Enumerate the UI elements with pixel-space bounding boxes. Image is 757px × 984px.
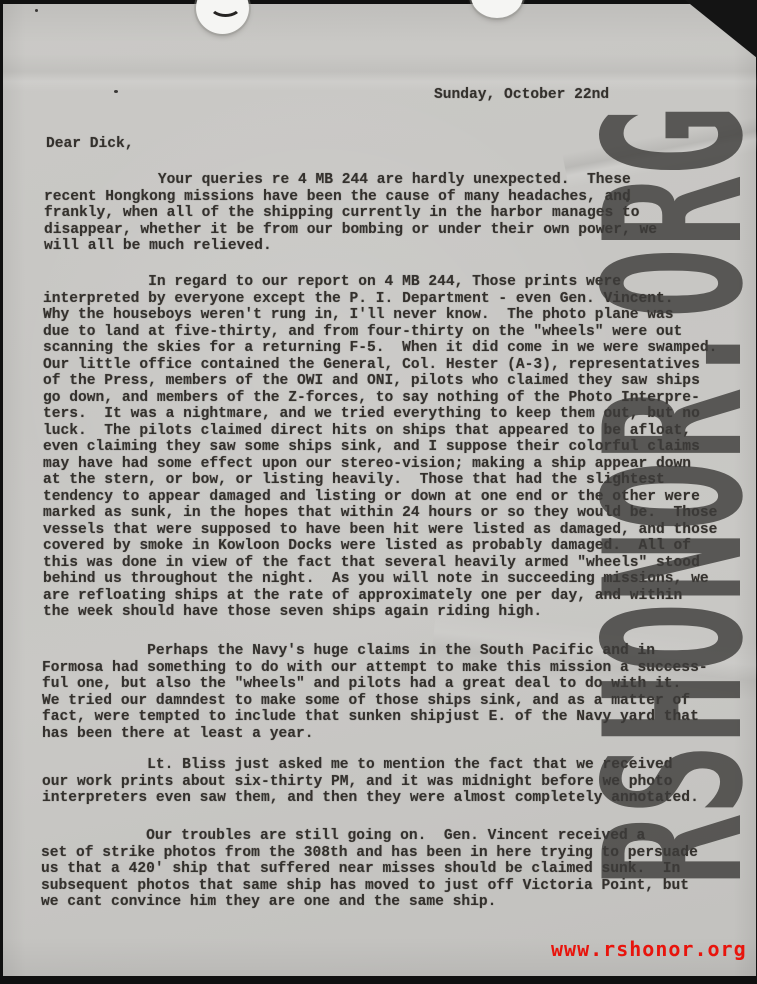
paper-speck <box>35 9 38 12</box>
watermark-vertical-text: RSHONOR.ORG <box>580 106 757 886</box>
scanned-letter-page: Sunday, October 22nd Dear Dick, Your que… <box>0 0 757 984</box>
letter-date: Sunday, October 22nd <box>434 87 609 104</box>
paper-speck <box>114 90 118 93</box>
website-url-text: www.rshonor.org <box>551 937 747 961</box>
paper-crease <box>3 44 757 94</box>
letter-salutation: Dear Dick, <box>46 136 134 153</box>
